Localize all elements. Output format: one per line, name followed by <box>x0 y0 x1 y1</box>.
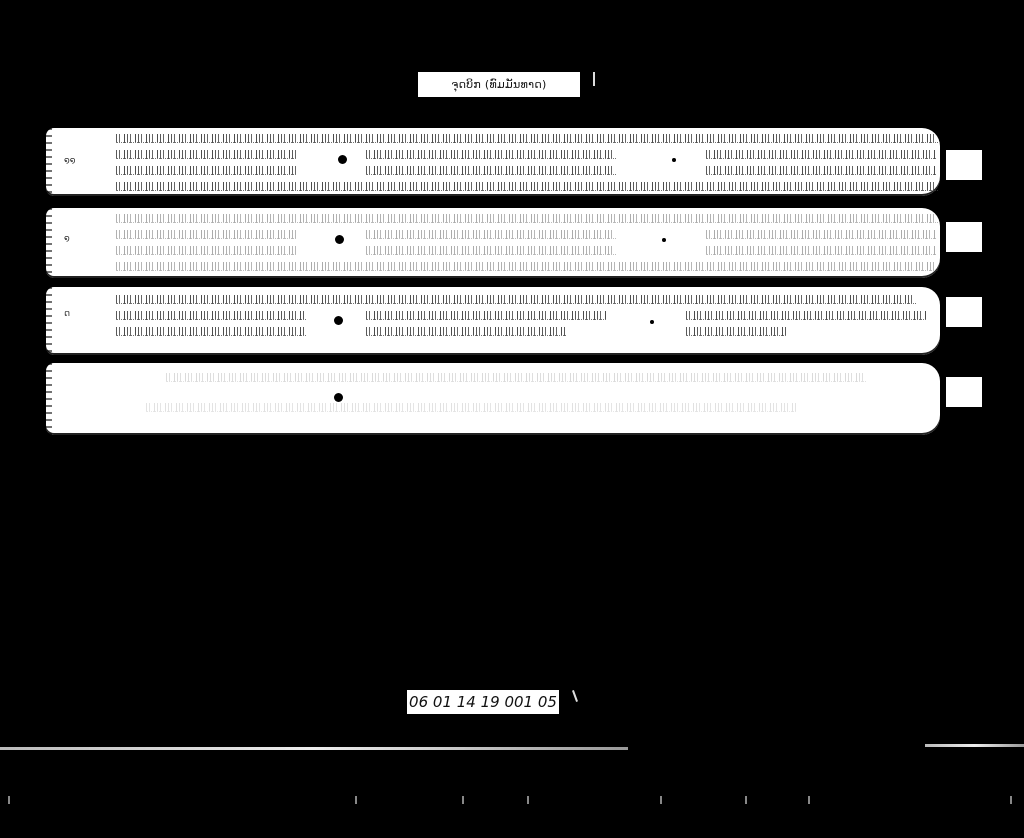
sprocket-mark <box>808 796 810 804</box>
script-line <box>686 327 786 336</box>
leaf-tab-card-4 <box>946 377 982 407</box>
film-edge-line <box>925 744 1024 747</box>
script-line <box>706 166 936 175</box>
script-line <box>366 246 616 255</box>
sprocket-mark <box>1010 796 1012 804</box>
script-line <box>116 166 296 175</box>
reel-code-label: 06 01 14 19 001 05 <box>407 690 559 714</box>
leaf-tab-card-2 <box>946 222 982 252</box>
script-line <box>366 166 616 175</box>
binding-hole <box>334 316 343 325</box>
stain-marks <box>146 403 796 412</box>
binding-hole <box>335 235 344 244</box>
palm-leaf-folio-2: ໑ <box>46 208 940 278</box>
leaf-number: ດ <box>64 309 70 319</box>
film-tick-mark <box>572 690 578 702</box>
script-line <box>366 150 616 159</box>
script-line <box>116 295 916 304</box>
script-line <box>116 150 296 159</box>
palm-leaf-folio-3: ດ <box>46 287 940 355</box>
script-line <box>706 246 936 255</box>
manuscript-title-label: ຈຸດບິກ (ທົມມັນທາດ) <box>418 72 580 97</box>
script-line <box>366 327 566 336</box>
script-line <box>706 230 936 239</box>
palm-leaf-folio-1: ໑໑ <box>46 128 940 196</box>
binding-hole <box>338 155 347 164</box>
palm-leaf-folio-4-blank <box>46 363 940 435</box>
sprocket-mark <box>745 796 747 804</box>
leaf-tab-card-1 <box>946 150 982 180</box>
script-line <box>366 230 616 239</box>
leaf-number: ໑ <box>64 234 70 244</box>
film-edge-line <box>0 747 628 750</box>
script-line <box>116 246 296 255</box>
sprocket-mark <box>462 796 464 804</box>
script-line <box>706 150 936 159</box>
script-line <box>686 311 926 320</box>
script-line <box>116 311 306 320</box>
binding-hole <box>662 238 666 242</box>
binding-hole <box>334 393 343 402</box>
sprocket-mark <box>8 796 10 804</box>
sprocket-mark <box>355 796 357 804</box>
film-tick-mark <box>593 72 595 86</box>
leaf-tab-card-3 <box>946 297 982 327</box>
sprocket-mark <box>527 796 529 804</box>
stain-marks <box>166 373 866 382</box>
binding-hole <box>672 158 676 162</box>
leaf-number: ໑໑ <box>64 156 76 166</box>
script-line <box>116 182 938 191</box>
script-line <box>116 262 938 271</box>
sprocket-mark <box>660 796 662 804</box>
script-line <box>116 134 938 143</box>
script-line <box>116 230 296 239</box>
script-line <box>366 311 606 320</box>
script-line <box>116 214 938 223</box>
script-line <box>116 327 306 336</box>
binding-hole <box>650 320 654 324</box>
